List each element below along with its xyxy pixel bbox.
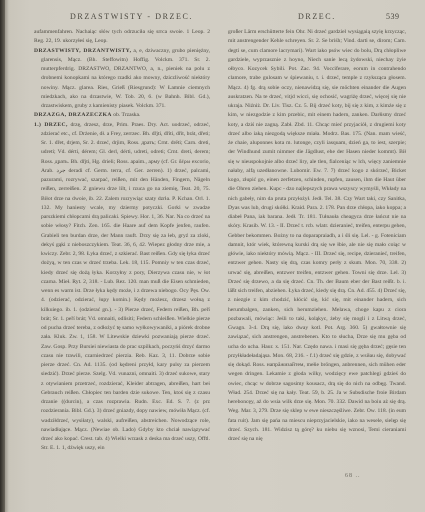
- entry-text: großer Lärm erschütterte fein Ohr. Ni dr…: [228, 29, 406, 442]
- entry-continuation: aufammenfahren. Nachaiąc słów tych odrzu…: [34, 28, 210, 47]
- entry-headword: DRZAZGA, DRZAZECZKA: [34, 112, 112, 118]
- running-header: DRZASTWISTY - DRZEC. DRZEC. 539: [0, 9, 425, 23]
- running-head-right: DRZEC.: [298, 12, 336, 21]
- left-text-column: aufammenfahren. Nachaiąc słów tych odrzu…: [34, 28, 210, 454]
- dictionary-entry: DRZASTWISTY, DRZANTWISTY, a, e, dziwaczn…: [34, 47, 210, 112]
- entry-text: drzę, drzesz, drze, Prim. Praes. Dry. Ac…: [41, 122, 210, 452]
- entry-continuation: großer Lärm erschütterte fein Ohr. Ni dr…: [228, 28, 406, 444]
- dictionary-entry: 1.) DRZEC, drzę, drzesz, drze, Prim. Pra…: [34, 121, 210, 454]
- entry-text: aufammenfahren. Nachaiąc słów tych odrzu…: [34, 29, 210, 44]
- page-number: 539: [386, 12, 400, 21]
- book-binding-edge: [0, 0, 5, 512]
- running-head-left: DRZASTWISTY - DRZEC.: [70, 12, 193, 21]
- printer-signature: 68 ..: [345, 473, 361, 479]
- entry-text: a, e, dziwaczny, grubo pieniężny, glaren…: [41, 48, 210, 110]
- entry-headword: 1.) DRZEC,: [34, 122, 68, 128]
- entry-text: ob. Trzaska.: [113, 112, 140, 118]
- entry-headword: DRZASTWISTY, DRZANTWISTY,: [34, 48, 131, 54]
- dictionary-entry: DRZAZGA, DRZAZECZKA ob. Trzaska.: [34, 111, 210, 120]
- right-text-column: großer Lärm erschütterte fein Ohr. Ni dr…: [228, 28, 406, 444]
